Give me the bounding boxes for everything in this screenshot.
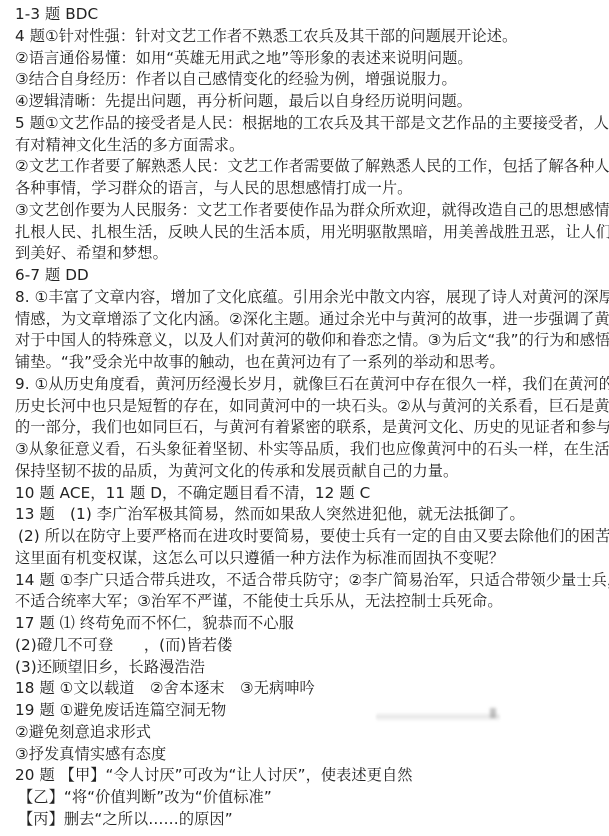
answer-q8: 8. ①丰富了文章内容，增加了文化底蕴。引用余光中散文内容，展现了诗人对黄河的深… (15, 287, 607, 309)
answer-q1-3: 1-3 题 BDC (15, 4, 607, 26)
answer-q5-point2-cont: 各种事情，学习群众的语言，与人民的思想感情打成一片。 (15, 178, 607, 200)
answer-q19-point3: ③抒发真情实感有态度 (15, 744, 607, 766)
answer-q8-cont1: 情感，为文章增添了文化内涵。②深化主题。通过余光中与黄河的故事，进一步强调了黄河 (15, 309, 607, 331)
answer-q13-part1: 13 题 (1) 李广治军极其简易，然而如果敌人突然进犯他，就无法抵御了。 (15, 504, 607, 526)
answer-q13-part2: (2) 所以在防守上要严格而在进攻时要简易，要使士兵有一定的自由又要去除他们的困… (15, 526, 607, 548)
answer-q5-point1-cont: 有对精神文化生活的多方面需求。 (15, 135, 607, 157)
answer-q9-point3-cont: 保持坚韧不拔的品质，为黄河文化的传承和发展贡献自己的力量。 (15, 461, 607, 483)
answer-q14: 14 题 ①李广只适合带兵进攻，不适合带兵防守；②李广简易治军，只适合带领少量士… (15, 570, 607, 592)
answer-q9-point3: ③从象征意义看，石头象征着坚韧、朴实等品质，我们也应像黄河中的石头一样，在生活中 (15, 439, 607, 461)
answer-q8-cont3: 铺垫。“我”受余光中故事的触动，也在黄河边有了一系列的举动和思考。 (15, 352, 607, 374)
answer-q13-part2-cont: 这里面有机变权谋，这怎么可以只遵循一种方法作为标准而固执不变呢？ (15, 548, 607, 570)
answer-q20-yi: 【乙】“将“价值判断”改为“价值标准” (15, 787, 607, 809)
answer-q9-cont2: 的一部分，我们也如同巨石，与黄河有着紧密的联系，是黄河文化、历史的见证者和参与者… (15, 417, 607, 439)
answer-q5-point2: ②文艺工作者要了解熟悉人民：文艺工作者需要做了解熟悉人民的工作，包括了解各种人、 (15, 156, 607, 178)
answer-q5-point3: ③文艺创作要为人民服务：文艺工作者要使作品为群众所欢迎，就得改造自己的思想感情， (15, 200, 607, 222)
answer-q19-point1: 19 题 ①避免废话连篇空洞无物 (15, 700, 607, 722)
answer-q5-point3-cont: 扎根人民、扎根生活，反映人民的生活本质，用光明驱散黑暗，用美善战胜丑恶，让人们看 (15, 222, 607, 244)
answer-key-document: 1-3 题 BDC 4 题①针对性强：针对文艺工作者不熟悉工农兵及其干部的问题展… (15, 4, 607, 831)
answer-q18: 18 题 ①文以载道 ②舍本逐末 ③无病呻吟 (15, 678, 607, 700)
answer-q10-12: 10 题 ACE，11 题 D，不确定题目看不清，12 题 C (15, 483, 607, 505)
answer-q4-point4: ④逻辑清晰：先提出问题，再分析问题，最后以自身经历说明问题。 (15, 91, 607, 113)
answer-q20-bing: 【丙】删去“之所以……的原因” (15, 809, 607, 831)
answer-q17-part1: 17 题 ⑴ 终苟免而不怀仁，貌恭而不心服 (15, 613, 607, 635)
answer-q17-part2: (2)磴几不可登 ，(而)皆若偻 (15, 635, 607, 657)
answer-q20-jia: 20 题 【甲】“令人讨厌”可改为“让人讨厌”，使表述更自然 (15, 765, 607, 787)
scan-smudge-mark (376, 712, 500, 722)
answer-q5-point1: 5 题①文艺作品的接受者是人民：根据地的工农兵及其干部是文艺作品的主要接受者，人… (15, 113, 607, 135)
answer-q14-cont: 不适合统率大军；③治军不严谨，不能使士兵乐从，无法控制士兵死命。 (15, 591, 607, 613)
answer-q4-point1: 4 题①针对性强：针对文艺工作者不熟悉工农兵及其干部的问题展开论述。 (15, 26, 607, 48)
answer-q4-point3: ③结合自身经历：作者以自己感情变化的经验为例，增强说服力。 (15, 69, 607, 91)
answer-q17-part3: (3)还顾望旧乡，长路漫浩浩 (15, 657, 607, 679)
answer-q19-point2: ②避免刻意追求形式 (15, 722, 607, 744)
answer-q8-cont2: 对于中国人的特殊意义，以及人们对黄河的敬仰和眷恋之情。③为后文“我”的行为和感悟… (15, 330, 607, 352)
answer-q4-point2: ②语言通俗易懂：如用“英雄无用武之地”等形象的表述来说明问题。 (15, 48, 607, 70)
answer-q9-cont1: 历史长河中也只是短暂的存在，如同黄河中的一块石头。②从与黄河的关系看，巨石是黄河 (15, 396, 607, 418)
answer-q6-7: 6-7 题 DD (15, 265, 607, 287)
answer-q9: 9. ①从历史角度看，黄河历经漫长岁月，就像巨石在黄河中存在很久一样，我们在黄河… (15, 374, 607, 396)
answer-q5-point3-end: 到美好、希望和梦想。 (15, 243, 607, 265)
